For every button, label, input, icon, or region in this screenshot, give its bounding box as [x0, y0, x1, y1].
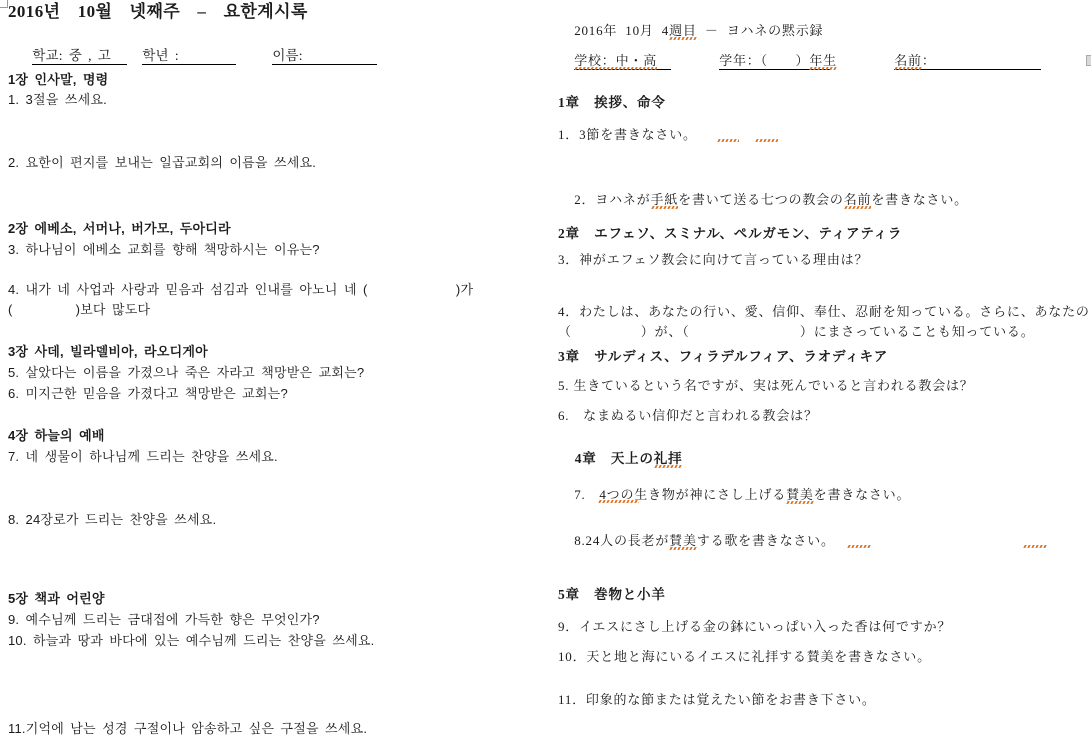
ko-question-6: 6. 미지근한 믿음을 가졌다고 책망받은 교회는?	[8, 385, 288, 402]
jp-q8-spellcheck-word: 賛美	[669, 533, 697, 550]
jp-name-colon: ：	[922, 53, 936, 68]
spellcheck-squiggle-icon	[717, 139, 739, 142]
worksheet-document: 2016년 10월 넷째주 – 요한계시록 학교: 중 , 고 학년 : 이름:…	[0, 0, 1091, 742]
ko-name-field: 이름:	[272, 47, 377, 65]
ko-question-3: 3. 하나님이 에베소 교회를 향해 책망하시는 이유는?	[8, 241, 320, 258]
jp-q8-seg1: 8.24人の長老が	[574, 533, 669, 548]
ko-grade-field: 학년 :	[142, 47, 236, 65]
spellcheck-squiggle-icon	[755, 139, 778, 142]
jp-name-field: 名前：	[894, 52, 1041, 70]
spellcheck-squiggle-icon	[598, 500, 639, 503]
jp-q8-seg2: する歌を書きなさい。	[697, 533, 835, 548]
jp-question-11: 11．印象的な節または覚えたい節をお書き下さい。	[558, 691, 876, 708]
jp-chapter2-heading: 2章 エフェソ、スミナル、ペルガモン、ティアティラ	[558, 225, 902, 242]
jp-question-8: 8.24人の長老が賛美する歌を書きなさい。	[558, 515, 835, 566]
jp-q2-seg3: を書きなさい。	[871, 192, 968, 207]
ko-chapter1-heading: 1장 인사말, 명령	[8, 71, 108, 88]
spellcheck-squiggle-icon	[847, 545, 871, 548]
jp-question-9: 9．イエスにさし上げる金の鉢にいっぱい入った香は何ですか？	[558, 618, 951, 635]
table-move-handle-icon	[0, 0, 8, 8]
jp-q7-spellcheck-word: 賛美	[786, 487, 814, 504]
ko-question-4-line2: ( )보다 많도다	[8, 301, 150, 318]
jp-school-spellcheck-word: 学校：中・高	[574, 53, 657, 70]
jp-name-spellcheck-word: 名前	[894, 53, 922, 70]
jp-q2-seg2: を書いて送る七つの教会の	[678, 192, 844, 207]
jp-chapter3-heading: 3章 サルディス、フィラデルフィア、ラオディキア	[558, 348, 888, 365]
ko-question-2: 2. 요한이 편지를 보내는 일곱교회의 이름을 쓰세요.	[8, 154, 316, 171]
jp-h4-spellcheck-word: 礼拝	[654, 451, 683, 468]
ko-question-1: 1. 3절을 쓰세요.	[8, 91, 107, 108]
jp-grade-spellcheck-word: 年生	[809, 53, 837, 70]
jp-header-row: 学校：中・高学年：（ ）年生名前：	[558, 35, 1041, 87]
page-edge-handle-icon	[1086, 55, 1091, 66]
ko-title: 2016년 10월 넷째주 – 요한계시록	[8, 3, 308, 20]
jp-q2-seg1: 2．ヨハネが	[574, 192, 650, 207]
ko-question-9: 9. 예수님께 드리는 금대접에 가득한 향은 무엇인가?	[8, 611, 320, 628]
jp-chapter5-heading: 5章 巻物と小羊	[558, 586, 666, 603]
jp-chapter1-heading: 1章 挨拶、命令	[558, 94, 666, 111]
spellcheck-squiggle-icon	[1023, 545, 1047, 548]
jp-question-3: 3．神がエフェソ教会に向けて言っている理由は？	[558, 251, 868, 268]
ko-chapter2-heading: 2장 에베소, 서머나, 버가모, 두아디라	[8, 220, 231, 237]
ko-question-10: 10. 하늘과 땅과 바다에 있는 예수님께 드리는 찬양을 쓰세요.	[8, 632, 374, 649]
jp-question-1: 1．3節を書きなさい。	[558, 126, 697, 143]
jp-q2-spellcheck-word2: 名前	[844, 192, 872, 209]
ko-chapter3-heading: 3장 사데, 빌라델비아, 라오디게아	[8, 343, 208, 360]
jp-q7-seg2: を書きなさい。	[814, 487, 911, 502]
jp-h4-seg: 4章 天上の	[575, 451, 654, 466]
ko-school-field: 학교: 중 , 고	[32, 47, 127, 65]
ko-question-5: 5. 살았다는 이름을 가졌으나 죽은 자라고 책망받은 교회는?	[8, 364, 364, 381]
jp-q2-spellcheck-word1: 手紙	[651, 192, 679, 209]
jp-grade-field: 学年：（ ）年生	[719, 52, 831, 70]
jp-question-7: 7. 4つの生き物が神にさし上げる賛美を書きなさい。	[558, 469, 910, 520]
jp-question-4-line2: （ ）が、（ ）にまさっていることも知っている。	[558, 323, 1035, 340]
ko-question-11: 11.기억에 남는 성경 구절이나 암송하고 싶은 구절을 쓰세요.	[8, 720, 367, 737]
jp-school-field: 学校：中・高	[574, 52, 671, 70]
jp-question-5: 5. 生きているという名ですが、実は死んでいると言われる教会は？	[558, 377, 974, 394]
ko-chapter4-heading: 4장 하늘의 예배	[8, 427, 105, 444]
jp-grade-seg: 学年：（ ）	[719, 53, 809, 68]
ko-question-7: 7. 네 생물이 하나님께 드리는 찬양을 쓰세요.	[8, 448, 278, 465]
jp-question-10: 10．天と地と海にいるイエスに礼拝する賛美を書きなさい。	[558, 648, 931, 665]
jp-question-2: 2．ヨハネが手紙を書いて送る七つの教会の名前を書きなさい。	[558, 174, 968, 225]
jp-question-6: 6. なまぬるい信仰だと言われる教会は？	[558, 407, 818, 424]
ko-chapter5-heading: 5장 책과 어린양	[8, 590, 105, 607]
ko-question-4-line1: 4. 내가 네 사업과 사랑과 믿음과 섬김과 인내를 아노니 네 ( )가	[8, 281, 473, 298]
jp-question-4-line1: 4．わたしは、あなたの行い、愛、信仰、奉仕、忍耐を知っている。さらに、あなたの	[558, 303, 1090, 320]
ko-question-8: 8. 24장로가 드리는 찬양을 쓰세요.	[8, 511, 216, 528]
